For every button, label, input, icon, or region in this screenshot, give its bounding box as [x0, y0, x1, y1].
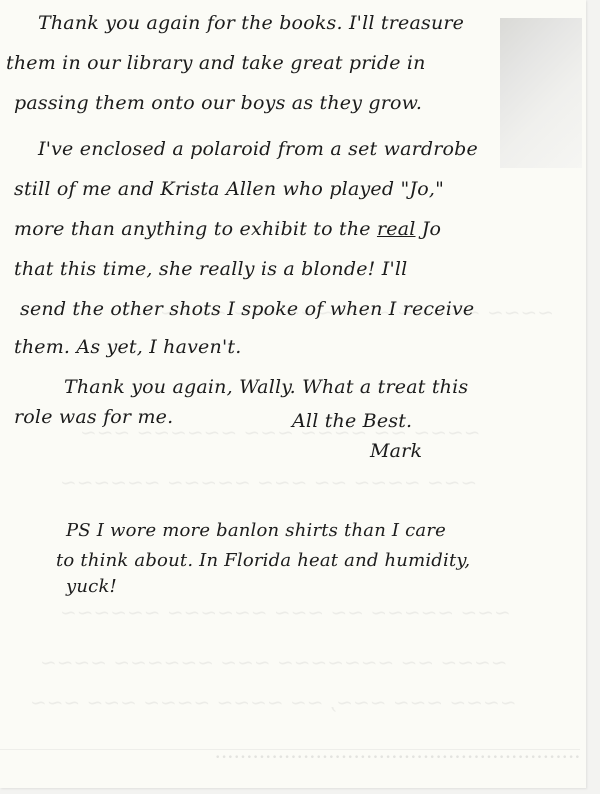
bleed-through-text: ~~~~ ~~ ~~~~~~~ ~~~ ~~~~~~ ~~~~ [40, 650, 508, 674]
letter-line: them in our library and take great pride… [6, 52, 426, 74]
bleed-through-text: ~~~~ ~~~ ~~~, ~~ ~~~~ ~~~~ ~~~ ~~~ [30, 690, 517, 714]
letter-line: Thank you again, Wally. What a treat thi… [64, 376, 468, 398]
bleed-through-text: ~~~ ~~~~ ~~ ~~~ ~~~~~ ~~~~~~ [60, 470, 477, 494]
letterhead-bleed-through: ••••••••••••••••••••••••••••••••••••••••… [4, 753, 580, 763]
postscript-line: to think about. In Florida heat and humi… [56, 550, 470, 571]
letterhead-rule [0, 749, 580, 750]
letter-line-text: more than anything to exhibit to the rea… [14, 218, 441, 240]
letter-line: more than anything to exhibit to the rea… [14, 218, 441, 240]
signature: Mark [370, 440, 422, 462]
letter-line: that this time, she really is a blonde! … [14, 258, 407, 280]
letter-line: them. As yet, I haven't. [14, 336, 241, 358]
underlined-word: real [377, 218, 416, 240]
bleed-through-text: ~~~ ~~~~~ ~~ ~~~ ~~~~~~ ~~~~~~ [60, 600, 511, 624]
closing: All the Best. [292, 410, 412, 432]
letter-page: ~~~~ ~~~~~ ~~~ ~~~~~~ ~~~~ ~~ ~~~~ ~~ ~~… [0, 0, 586, 788]
letter-line: Thank you again for the books. I'll trea… [38, 12, 464, 34]
letter-line: still of me and Krista Allen who played … [14, 178, 444, 200]
letter-line: passing them onto our boys as they grow. [14, 92, 422, 114]
letter-line: I've enclosed a polaroid from a set ward… [38, 138, 478, 160]
postscript-line: yuck! [66, 576, 117, 597]
photo-impression [500, 18, 582, 168]
postscript-line: PS I wore more banlon shirts than I care [66, 520, 446, 541]
letter-line: send the other shots I spoke of when I r… [20, 298, 474, 320]
letter-line: role was for me. [14, 406, 173, 428]
